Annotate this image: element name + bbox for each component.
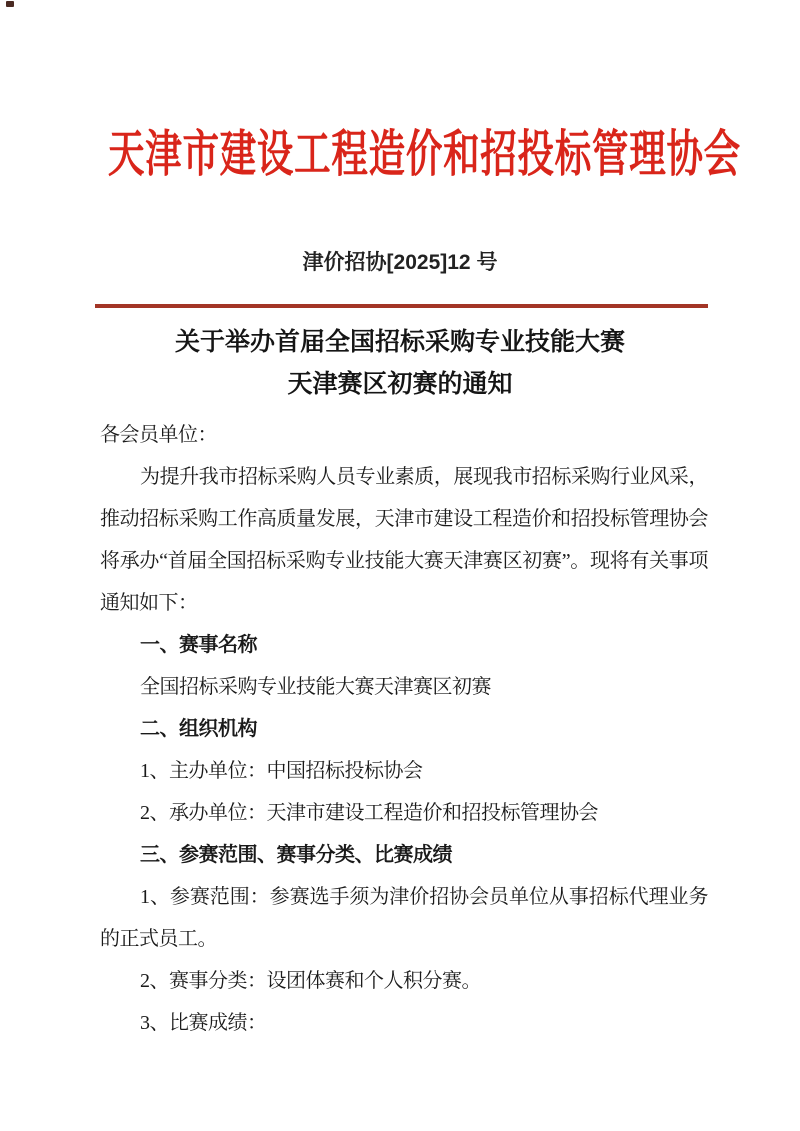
- paragraph: 2、赛事分类：设团体赛和个人积分赛。: [100, 960, 708, 1002]
- section-heading: 二、组织机构: [100, 708, 708, 750]
- document-body: 各会员单位： 为提升我市招标采购人员专业素质，展现我市招标采购行业风采，推动招标…: [100, 414, 708, 1044]
- section-heading: 三、参赛范围、赛事分类、比赛成绩: [100, 834, 708, 876]
- section-heading: 一、赛事名称: [100, 624, 708, 666]
- document-title-line2: 天津赛区初赛的通知: [0, 363, 800, 405]
- scan-artifact-speck: [6, 1, 14, 7]
- paragraph: 2、承办单位：天津市建设工程造价和招投标管理协会: [100, 792, 708, 834]
- paragraph: 1、主办单位：中国招标投标协会: [100, 750, 708, 792]
- paragraph: 全国招标采购专业技能大赛天津赛区初赛: [100, 666, 708, 708]
- body-paragraphs: 为提升我市招标采购人员专业素质，展现我市招标采购行业风采，推动招标采购工作高质量…: [100, 456, 708, 1044]
- paragraph: 1、参赛范围：参赛选手须为津价招协会员单位从事招标代理业务的正式员工。: [100, 876, 708, 960]
- paragraph: 为提升我市招标采购人员专业素质，展现我市招标采购行业风采，推动招标采购工作高质量…: [100, 456, 708, 624]
- salutation: 各会员单位：: [100, 414, 708, 456]
- document-number: 津价招协[2025]12 号: [0, 248, 800, 278]
- paragraph: 3、比赛成绩：: [100, 1002, 708, 1044]
- document-title-line1: 关于举办首届全国招标采购专业技能大赛: [0, 321, 800, 363]
- document-title: 关于举办首届全国招标采购专业技能大赛 天津赛区初赛的通知: [0, 321, 800, 405]
- red-divider-line: [95, 304, 708, 308]
- document-page: 天津市建设工程造价和招投标管理协会 津价招协[2025]12 号 关于举办首届全…: [0, 0, 800, 1131]
- letterhead-title: 天津市建设工程造价和招投标管理协会: [108, 124, 692, 184]
